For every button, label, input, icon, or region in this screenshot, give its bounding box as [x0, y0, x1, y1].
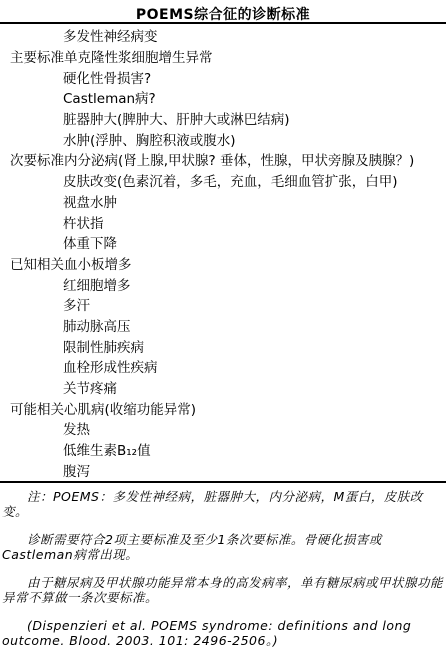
note-paragraph: (Dispenzieri et al. POEMS syndrome: defi…: [2, 618, 444, 648]
note-paragraph: 诊断需要符合2项主要标准及至少1条次要标准。骨硬化损害或Castleman病常出…: [2, 532, 444, 562]
table-row: 脏器肿大(脾肿大、肝肿大或淋巴结病): [0, 108, 446, 129]
note-paragraph: 注：POEMS：多发性神经病，脏器肿大，内分泌病，M蛋白，皮肤改变。: [2, 489, 444, 519]
table-row: 红细胞增多: [0, 273, 446, 294]
section-label: 主要标准: [0, 46, 64, 66]
criterion-text: 心肌病(收缩功能异常): [64, 398, 446, 418]
table-row: 腹泻: [0, 459, 446, 480]
table-row: 硬化性骨损害?: [0, 66, 446, 87]
criterion-text: 低维生素B₁₂值: [63, 439, 446, 459]
table-row: 可能相关 心肌病(收缩功能异常): [0, 397, 446, 418]
criterion-text: 脏器肿大(脾肿大、肝肿大或淋巴结病): [63, 108, 446, 128]
table-row: 多汗: [0, 294, 446, 315]
table-row: 肺动脉高压: [0, 315, 446, 336]
table-title: POEMS综合征的诊断标准: [0, 0, 446, 22]
criterion-text: 硬化性骨损害?: [63, 67, 446, 87]
table-row: 关节疼痛: [0, 377, 446, 398]
table-row: 主要标准 单克隆性浆细胞增生异常: [0, 46, 446, 67]
criteria-table: 多发性神经病变 主要标准 单克隆性浆细胞增生异常 硬化性骨损害? Castlem…: [0, 24, 446, 481]
criterion-text: 内分泌病(肾上腺,甲状腺? 垂体，性腺，甲状旁腺及胰腺？): [64, 149, 446, 169]
table-row: Castleman病?: [0, 87, 446, 108]
criterion-text: 发热: [63, 418, 446, 438]
table-row: 视盘水肿: [0, 191, 446, 212]
criterion-text: 水肿(浮肿、胸腔积液或腹水): [63, 129, 446, 149]
criterion-text: 多汗: [63, 294, 446, 314]
note-paragraph: 由于糖尿病及甲状腺功能异常本身的高发病率，单有糖尿病或甲状腺功能异常不算做一条次…: [2, 575, 444, 605]
table-row: 已知相关 血小板增多: [0, 253, 446, 274]
criterion-text: 体重下降: [63, 232, 446, 252]
table-row: 低维生素B₁₂值: [0, 439, 446, 460]
table-row: 多发性神经病变: [0, 25, 446, 46]
criterion-text: 血栓形成性疾病: [63, 356, 446, 376]
document-page: POEMS综合征的诊断标准 多发性神经病变 主要标准 单克隆性浆细胞增生异常 硬…: [0, 0, 446, 649]
criterion-text: 腹泻: [63, 460, 446, 480]
table-row: 体重下降: [0, 232, 446, 253]
criterion-text: 多发性神经病变: [63, 25, 446, 45]
table-row: 限制性肺疾病: [0, 335, 446, 356]
criterion-text: Castleman病?: [63, 87, 446, 107]
section-label: 次要标准: [0, 149, 64, 169]
criterion-text: 视盘水肿: [63, 191, 446, 211]
section-label: 已知相关: [0, 253, 64, 273]
criterion-text: 关节疼痛: [63, 377, 446, 397]
table-row: 水肿(浮肿、胸腔积液或腹水): [0, 128, 446, 149]
section-label: 可能相关: [0, 398, 64, 418]
table-row: 皮肤改变(色素沉着，多毛，充血，毛细血管扩张，白甲): [0, 170, 446, 191]
criterion-text: 皮肤改变(色素沉着，多毛，充血，毛细血管扩张，白甲): [63, 170, 446, 190]
criterion-text: 单克隆性浆细胞增生异常: [64, 46, 446, 66]
table-row: 血栓形成性疾病: [0, 356, 446, 377]
table-row: 次要标准 内分泌病(肾上腺,甲状腺? 垂体，性腺，甲状旁腺及胰腺？): [0, 149, 446, 170]
criterion-text: 肺动脉高压: [63, 315, 446, 335]
criterion-text: 血小板增多: [64, 253, 446, 273]
criterion-text: 杵状指: [63, 212, 446, 232]
criterion-text: 红细胞增多: [63, 274, 446, 294]
criterion-text: 限制性肺疾病: [63, 336, 446, 356]
table-row: 杵状指: [0, 211, 446, 232]
notes-section: 注：POEMS：多发性神经病，脏器肿大，内分泌病，M蛋白，皮肤改变。 诊断需要符…: [0, 483, 446, 648]
table-row: 发热: [0, 418, 446, 439]
